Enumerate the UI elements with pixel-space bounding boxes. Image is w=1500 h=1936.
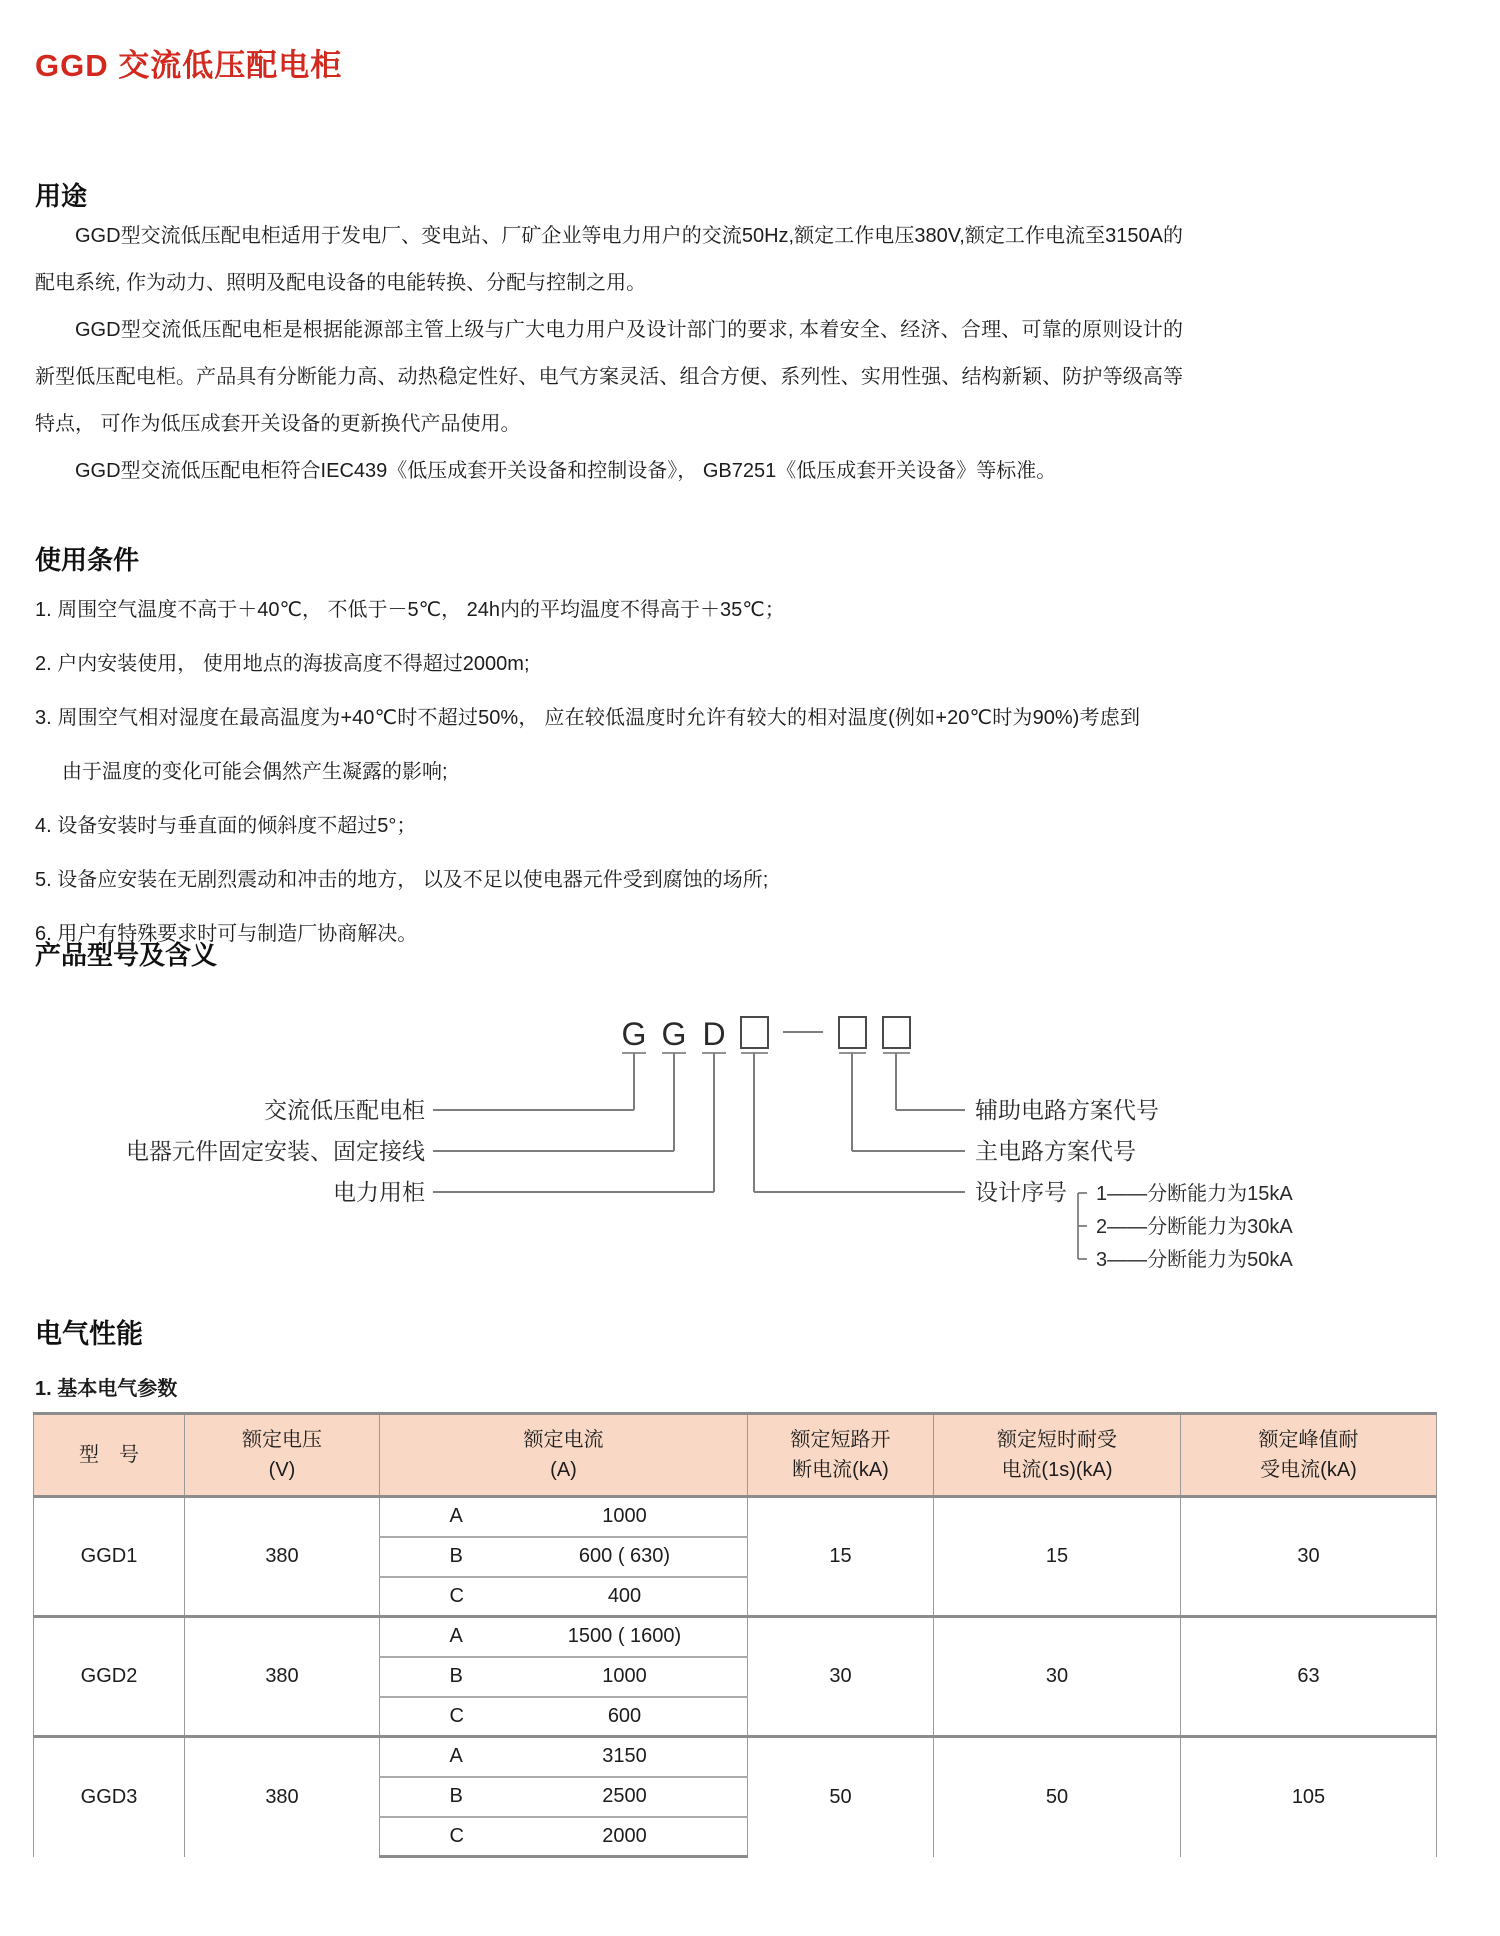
section-heading-model: 产品型号及含义 (35, 935, 217, 972)
cell-current: A1500 ( 1600) (380, 1617, 748, 1657)
current-letter: B (450, 1665, 510, 1688)
cell-model: GGD2 (34, 1617, 185, 1737)
cell-peak: 30 (1181, 1497, 1437, 1617)
cell-peak: 105 (1181, 1737, 1437, 1857)
current-letter: A (450, 1745, 510, 1768)
condition-item: 4. 设备安装时与垂直面的倾斜度不超过5°； (35, 799, 1140, 853)
current-letter: C (450, 1825, 510, 1848)
header-line: 额定电流 (380, 1425, 747, 1455)
current-letter: A (450, 1625, 510, 1648)
header-peak: 额定峰值耐受电流(kA) (1181, 1414, 1437, 1497)
cell-model: GGD1 (34, 1497, 185, 1617)
current-letter: C (450, 1585, 510, 1608)
cell-current: C600 (380, 1697, 748, 1737)
current-value: 400 (510, 1585, 740, 1608)
header-line: (V) (185, 1455, 379, 1485)
current-value: 2000 (510, 1825, 740, 1848)
code-box-main-circuit (839, 1017, 866, 1048)
usage-paragraph: GGD型交流低压配电柜是根据能源部主管上级与广大电力用户及设计部门的要求, 本着… (35, 307, 1183, 448)
cell-current: A3150 (380, 1737, 748, 1777)
design-option: 2——分断能力为30kA (1096, 1215, 1293, 1238)
current-value: 600 ( 630) (510, 1545, 740, 1568)
diagram-label-aux-circuit: 辅助电路方案代号 (975, 1097, 1159, 1123)
header-withstand: 额定短时耐受电流(1s)(kA) (934, 1414, 1181, 1497)
cell-withstand: 30 (934, 1617, 1181, 1737)
cell-current: A1000 (380, 1497, 748, 1537)
cell-breaking: 30 (748, 1617, 934, 1737)
diagram-label-fixed-mount: 电器元件固定安装、固定接线 (126, 1138, 425, 1164)
header-line: 额定短时耐受 (934, 1425, 1180, 1455)
electrical-parameters-table: 型 号 额定电压(V) 额定电流(A) 额定短路开断电流(kA) 额定短时耐受电… (33, 1412, 1437, 1858)
header-line: 断电流(kA) (748, 1455, 933, 1485)
usage-paragraphs: GGD型交流低压配电柜适用于发电厂、变电站、厂矿企业等电力用户的交流50Hz,额… (35, 213, 1183, 495)
header-line: 型 号 (34, 1440, 184, 1470)
cell-voltage: 380 (185, 1737, 380, 1857)
cell-current: B1000 (380, 1657, 748, 1697)
diagram-label-ac-lv-cabinet: 交流低压配电柜 (264, 1097, 425, 1123)
header-line: 电流(1s)(kA) (934, 1455, 1180, 1485)
current-value: 1000 (510, 1505, 740, 1528)
header-line: 额定峰值耐 (1181, 1425, 1436, 1455)
current-letter: B (450, 1545, 510, 1568)
page-title: GGD 交流低压配电柜 (35, 40, 342, 85)
code-letter: G (622, 1016, 647, 1052)
cell-breaking: 15 (748, 1497, 934, 1617)
cell-peak: 63 (1181, 1617, 1437, 1737)
condition-item: 2. 户内安装使用， 使用地点的海拔高度不得超过2000m; (35, 637, 1140, 691)
header-breaking: 额定短路开断电流(kA) (748, 1414, 934, 1497)
cell-voltage: 380 (185, 1497, 380, 1617)
cell-breaking: 50 (748, 1737, 934, 1857)
current-value: 600 (510, 1705, 740, 1728)
current-value: 3150 (510, 1745, 740, 1768)
table-row: GGD2 380 A1500 ( 1600) 30 30 63 (34, 1617, 1437, 1657)
diagram-label-design-serial: 设计序号 (975, 1179, 1067, 1205)
condition-item: 3. 周围空气相对湿度在最高温度为+40℃时不超过50%， 应在较低温度时允许有… (35, 691, 1140, 799)
cell-current: B2500 (380, 1777, 748, 1817)
section-heading-usage: 用途 (35, 176, 87, 213)
cell-current: B600 ( 630) (380, 1537, 748, 1577)
section-heading-conditions: 使用条件 (35, 540, 139, 577)
header-line: 额定短路开 (748, 1425, 933, 1455)
header-model: 型 号 (34, 1414, 185, 1497)
design-option: 3——分断能力为50kA (1096, 1248, 1293, 1271)
diagram-label-main-circuit: 主电路方案代号 (975, 1138, 1136, 1164)
model-code-diagram: G G D 交流低压配电柜 电器元件固定安装、固定接线 电力用柜 辅助电路方案代… (0, 995, 1500, 1295)
header-line: 受电流(kA) (1181, 1455, 1436, 1485)
cell-model: GGD3 (34, 1737, 185, 1857)
current-letter: C (450, 1705, 510, 1728)
cell-withstand: 50 (934, 1737, 1181, 1857)
condition-item: 1. 周围空气温度不高于＋40℃， 不低于－5℃， 24h内的平均温度不得高于＋… (35, 583, 1140, 637)
table-row: GGD1 380 A1000 15 15 30 (34, 1497, 1437, 1537)
current-value: 2500 (510, 1785, 740, 1808)
diagram-label-power-cabinet: 电力用柜 (333, 1179, 425, 1205)
current-value: 1500 ( 1600) (510, 1625, 740, 1648)
current-letter: A (450, 1505, 510, 1528)
code-letter: G (662, 1016, 687, 1052)
usage-paragraph: GGD型交流低压配电柜适用于发电厂、变电站、厂矿企业等电力用户的交流50Hz,额… (35, 213, 1183, 307)
cell-current: C2000 (380, 1817, 748, 1857)
code-letter: D (702, 1016, 725, 1052)
cell-withstand: 15 (934, 1497, 1181, 1617)
conditions-list: 1. 周围空气温度不高于＋40℃， 不低于－5℃， 24h内的平均温度不得高于＋… (35, 583, 1140, 961)
table-row: GGD3 380 A3150 50 50 105 (34, 1737, 1437, 1777)
header-voltage: 额定电压(V) (185, 1414, 380, 1497)
current-letter: B (450, 1785, 510, 1808)
table-header-row: 型 号 额定电压(V) 额定电流(A) 额定短路开断电流(kA) 额定短时耐受电… (34, 1414, 1437, 1497)
header-line: 额定电压 (185, 1425, 379, 1455)
section-heading-electrical: 电气性能 (35, 1312, 143, 1351)
cell-current: C400 (380, 1577, 748, 1617)
code-box-aux-circuit (883, 1017, 910, 1048)
header-line: (A) (380, 1455, 747, 1485)
condition-item: 5. 设备应安装在无剧烈震动和冲击的地方， 以及不足以使电器元件受到腐蚀的场所; (35, 853, 1140, 907)
cell-voltage: 380 (185, 1617, 380, 1737)
current-value: 1000 (510, 1665, 740, 1688)
document-page: GGD 交流低压配电柜 用途 GGD型交流低压配电柜适用于发电厂、变电站、厂矿企… (0, 0, 1500, 1936)
header-current: 额定电流(A) (380, 1414, 748, 1497)
subheading-basic-params: 1. 基本电气参数 (35, 1372, 177, 1401)
design-option: 1——分断能力为15kA (1096, 1182, 1293, 1205)
usage-paragraph: GGD型交流低压配电柜符合IEC439《低压成套开关设备和控制设备》， GB72… (35, 448, 1183, 495)
code-box-design-serial (741, 1017, 768, 1048)
